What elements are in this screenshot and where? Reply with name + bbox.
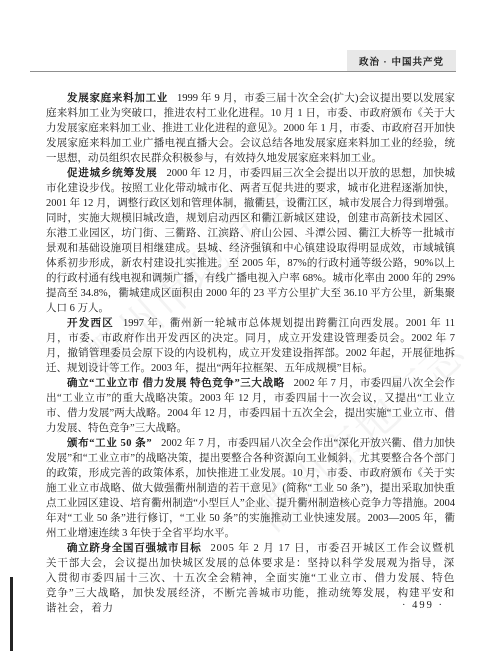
paragraph-text: 2000 年 12 月，市委四届三次全会提出以开放的思想，加快城市化建设步伐。按…	[46, 168, 455, 314]
paragraph: 开发西区1997 年，衢州新一轮城市总体规划提出跨衢江向西发展。2001 年 1…	[46, 316, 455, 376]
paragraph: 促进城乡统筹发展2000 年 12 月，市委四届三次全会提出以开放的思想，加快城…	[46, 166, 455, 316]
paragraph-lead: 促进城乡统筹发展	[67, 168, 157, 179]
paragraph-text: 2002 年 7 月，市委四届八次全会作出“深化开放兴衢、借力加快发展”和“工业…	[46, 438, 455, 539]
paragraph-lead: 确立“工业立市 借力发展 特色竞争”三大战略	[67, 378, 285, 389]
body-text: 发展家庭来料加工业1999 年 9 月，市委三届十次全会(扩大)会议提出要以发展…	[46, 72, 455, 616]
section-tag: 政治 · 中国共产党	[347, 50, 456, 71]
paragraph-lead: 确立跻身全国百强城市目标	[67, 543, 202, 554]
book-page: 衢州市地方志 衢州市地方志 政治 · 中国共产党 发展家庭来料加工业1999 年…	[0, 0, 480, 655]
page-header: 政治 · 中国共产党	[30, 50, 456, 72]
paragraph-lead: 开发西区	[67, 318, 114, 329]
paragraph: 发展家庭来料加工业1999 年 9 月，市委三届十次全会(扩大)会议提出要以发展…	[46, 91, 455, 166]
paragraph-lead: 发展家庭来料加工业	[67, 93, 168, 104]
paragraph: 颁布“工业 50 条”2002 年 7 月，市委四届八次全会作出“深化开放兴衢、…	[46, 436, 455, 541]
paragraph: 确立“工业立市 借力发展 特色竞争”三大战略2002 年 7 月，市委四届八次全…	[46, 376, 455, 436]
paragraph-lead: 颁布“工业 50 条”	[67, 438, 152, 449]
scan-artifact-line	[10, 577, 13, 651]
page-number: · 499 ·	[402, 600, 444, 611]
paragraph: 确立跻身全国百强城市目标2005 年 2 月 17 日，市委召开城区工作会议暨机…	[46, 541, 455, 616]
